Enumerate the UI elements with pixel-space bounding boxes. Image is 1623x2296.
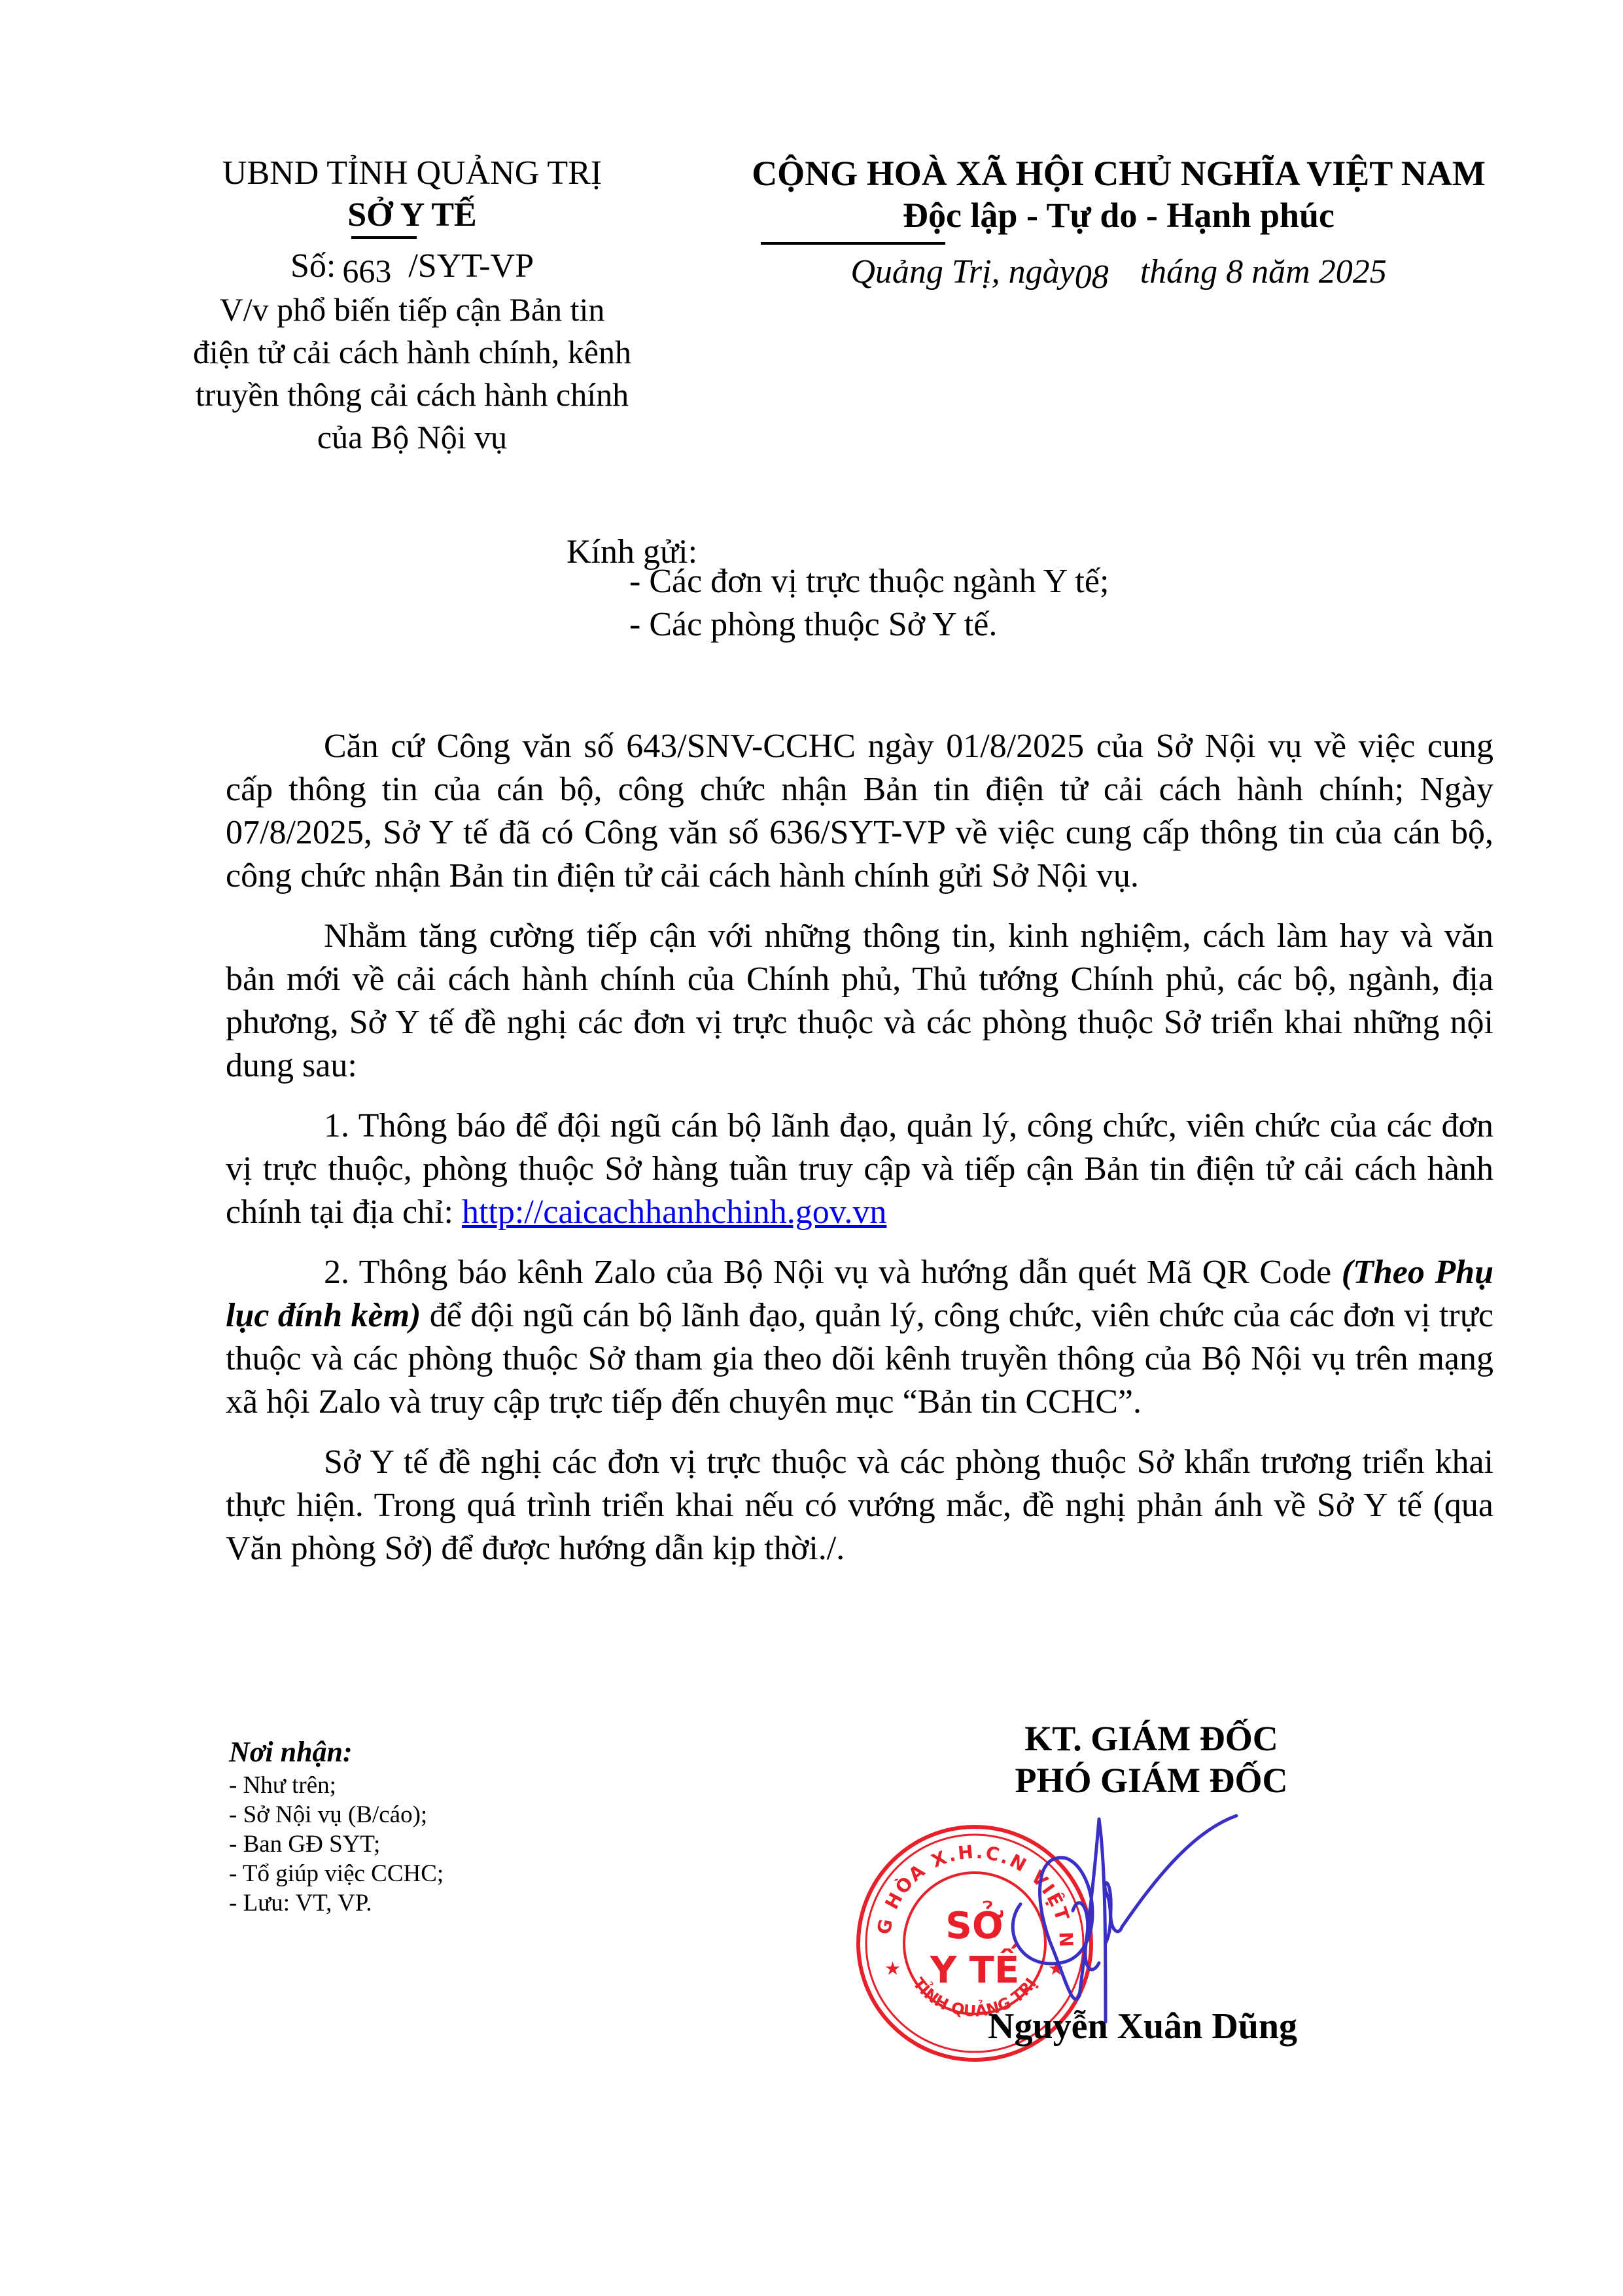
signer-name: Nguyễn Xuân Dũng xyxy=(988,2005,1297,2047)
document-body: Căn cứ Công văn số 643/SNV-CCHC ngày 01/… xyxy=(226,725,1493,1587)
seal-center-line1: SỞ xyxy=(945,1901,1003,1947)
document-date: Quảng Trị, ngày08tháng 8 năm 2025 xyxy=(693,249,1544,296)
recipient-item: - Các đơn vị trực thuộc ngành Y tế; xyxy=(629,560,1109,603)
document-subject: V/v phổ biến tiếp cận Bản tin điện tử cả… xyxy=(150,289,674,459)
doc-number-value: 663 xyxy=(342,247,391,294)
distribution-label: Nơi nhận: xyxy=(229,1734,444,1771)
distribution-item: - Sở Nội vụ (B/cáo); xyxy=(229,1800,444,1829)
handwritten-signature-icon xyxy=(1007,1812,1282,2028)
distribution-item: - Ban GĐ SYT; xyxy=(229,1829,444,1859)
body-paragraph-closing: Sở Y tế đề nghị các đơn vị trực thuộc và… xyxy=(226,1441,1493,1570)
distribution-list: Nơi nhận: - Như trên; - Sở Nội vụ (B/cáo… xyxy=(229,1734,444,1918)
signer-position: PHÓ GIÁM ĐỐC xyxy=(903,1759,1400,1801)
subject-line: của Bộ Nội vụ xyxy=(150,416,674,459)
date-prefix: Quảng Trị, ngày xyxy=(850,253,1074,291)
department-underline xyxy=(351,236,417,239)
bulletin-link[interactable]: http://caicachhanhchinh.gov.vn xyxy=(462,1193,886,1231)
distribution-item: - Như trên; xyxy=(229,1771,444,1800)
subject-line: điện tử cải cách hành chính, kênh xyxy=(150,331,674,374)
doc-number-suffix: /SYT-VP xyxy=(408,247,534,285)
doc-number-prefix: Số: xyxy=(290,247,336,285)
motto-underline xyxy=(761,242,945,245)
body-paragraph: Nhằm tăng cường tiếp cận với những thông… xyxy=(226,915,1493,1087)
agency-name: UBND TỈNH QUẢNG TRỊ xyxy=(150,152,674,195)
seal-center-line2: Y TẾ xyxy=(930,1944,1020,1992)
body-paragraph: Căn cứ Công văn số 643/SNV-CCHC ngày 01/… xyxy=(226,725,1493,898)
subject-line: truyền thông cải cách hành chính xyxy=(150,374,674,416)
recipients-list: - Các đơn vị trực thuộc ngành Y tế; - Cá… xyxy=(629,560,1109,646)
body-paragraph-item-2: 2. Thông báo kênh Zalo của Bộ Nội vụ và … xyxy=(226,1251,1493,1424)
signer-authority: KT. GIÁM ĐỐC xyxy=(903,1718,1400,1759)
item-2-text: 2. Thông báo kênh Zalo của Bộ Nội vụ và … xyxy=(324,1254,1342,1291)
signature-block: KT. GIÁM ĐỐC PHÓ GIÁM ĐỐC xyxy=(903,1718,1400,1801)
national-header: CỘNG HOÀ XÃ HỘI CHỦ NGHĨA VIỆT NAM Độc l… xyxy=(693,152,1544,296)
date-rest: tháng 8 năm 2025 xyxy=(1140,253,1387,291)
body-paragraph-item-1: 1. Thông báo để đội ngũ cán bộ lãnh đạo,… xyxy=(226,1104,1493,1234)
distribution-item: - Tổ giúp việc CCHC; xyxy=(229,1859,444,1888)
document-number: Số:663/SYT-VP xyxy=(150,242,674,290)
svg-text:★: ★ xyxy=(884,1959,901,1979)
distribution-item: - Lưu: VT, VP. xyxy=(229,1888,444,1918)
national-motto: Độc lập - Tự do - Hạnh phúc xyxy=(693,195,1544,236)
department-name: SỞ Y TẾ xyxy=(150,195,674,236)
recipient-item: - Các phòng thuộc Sở Y tế. xyxy=(629,603,1109,646)
nation-name: CỘNG HOÀ XÃ HỘI CHỦ NGHĨA VIỆT NAM xyxy=(693,152,1544,195)
issuer-block: UBND TỈNH QUẢNG TRỊ SỞ Y TẾ Số:663/SYT-V… xyxy=(150,152,674,459)
subject-line: V/v phổ biến tiếp cận Bản tin xyxy=(150,289,674,331)
date-day: 08 xyxy=(1075,254,1109,301)
